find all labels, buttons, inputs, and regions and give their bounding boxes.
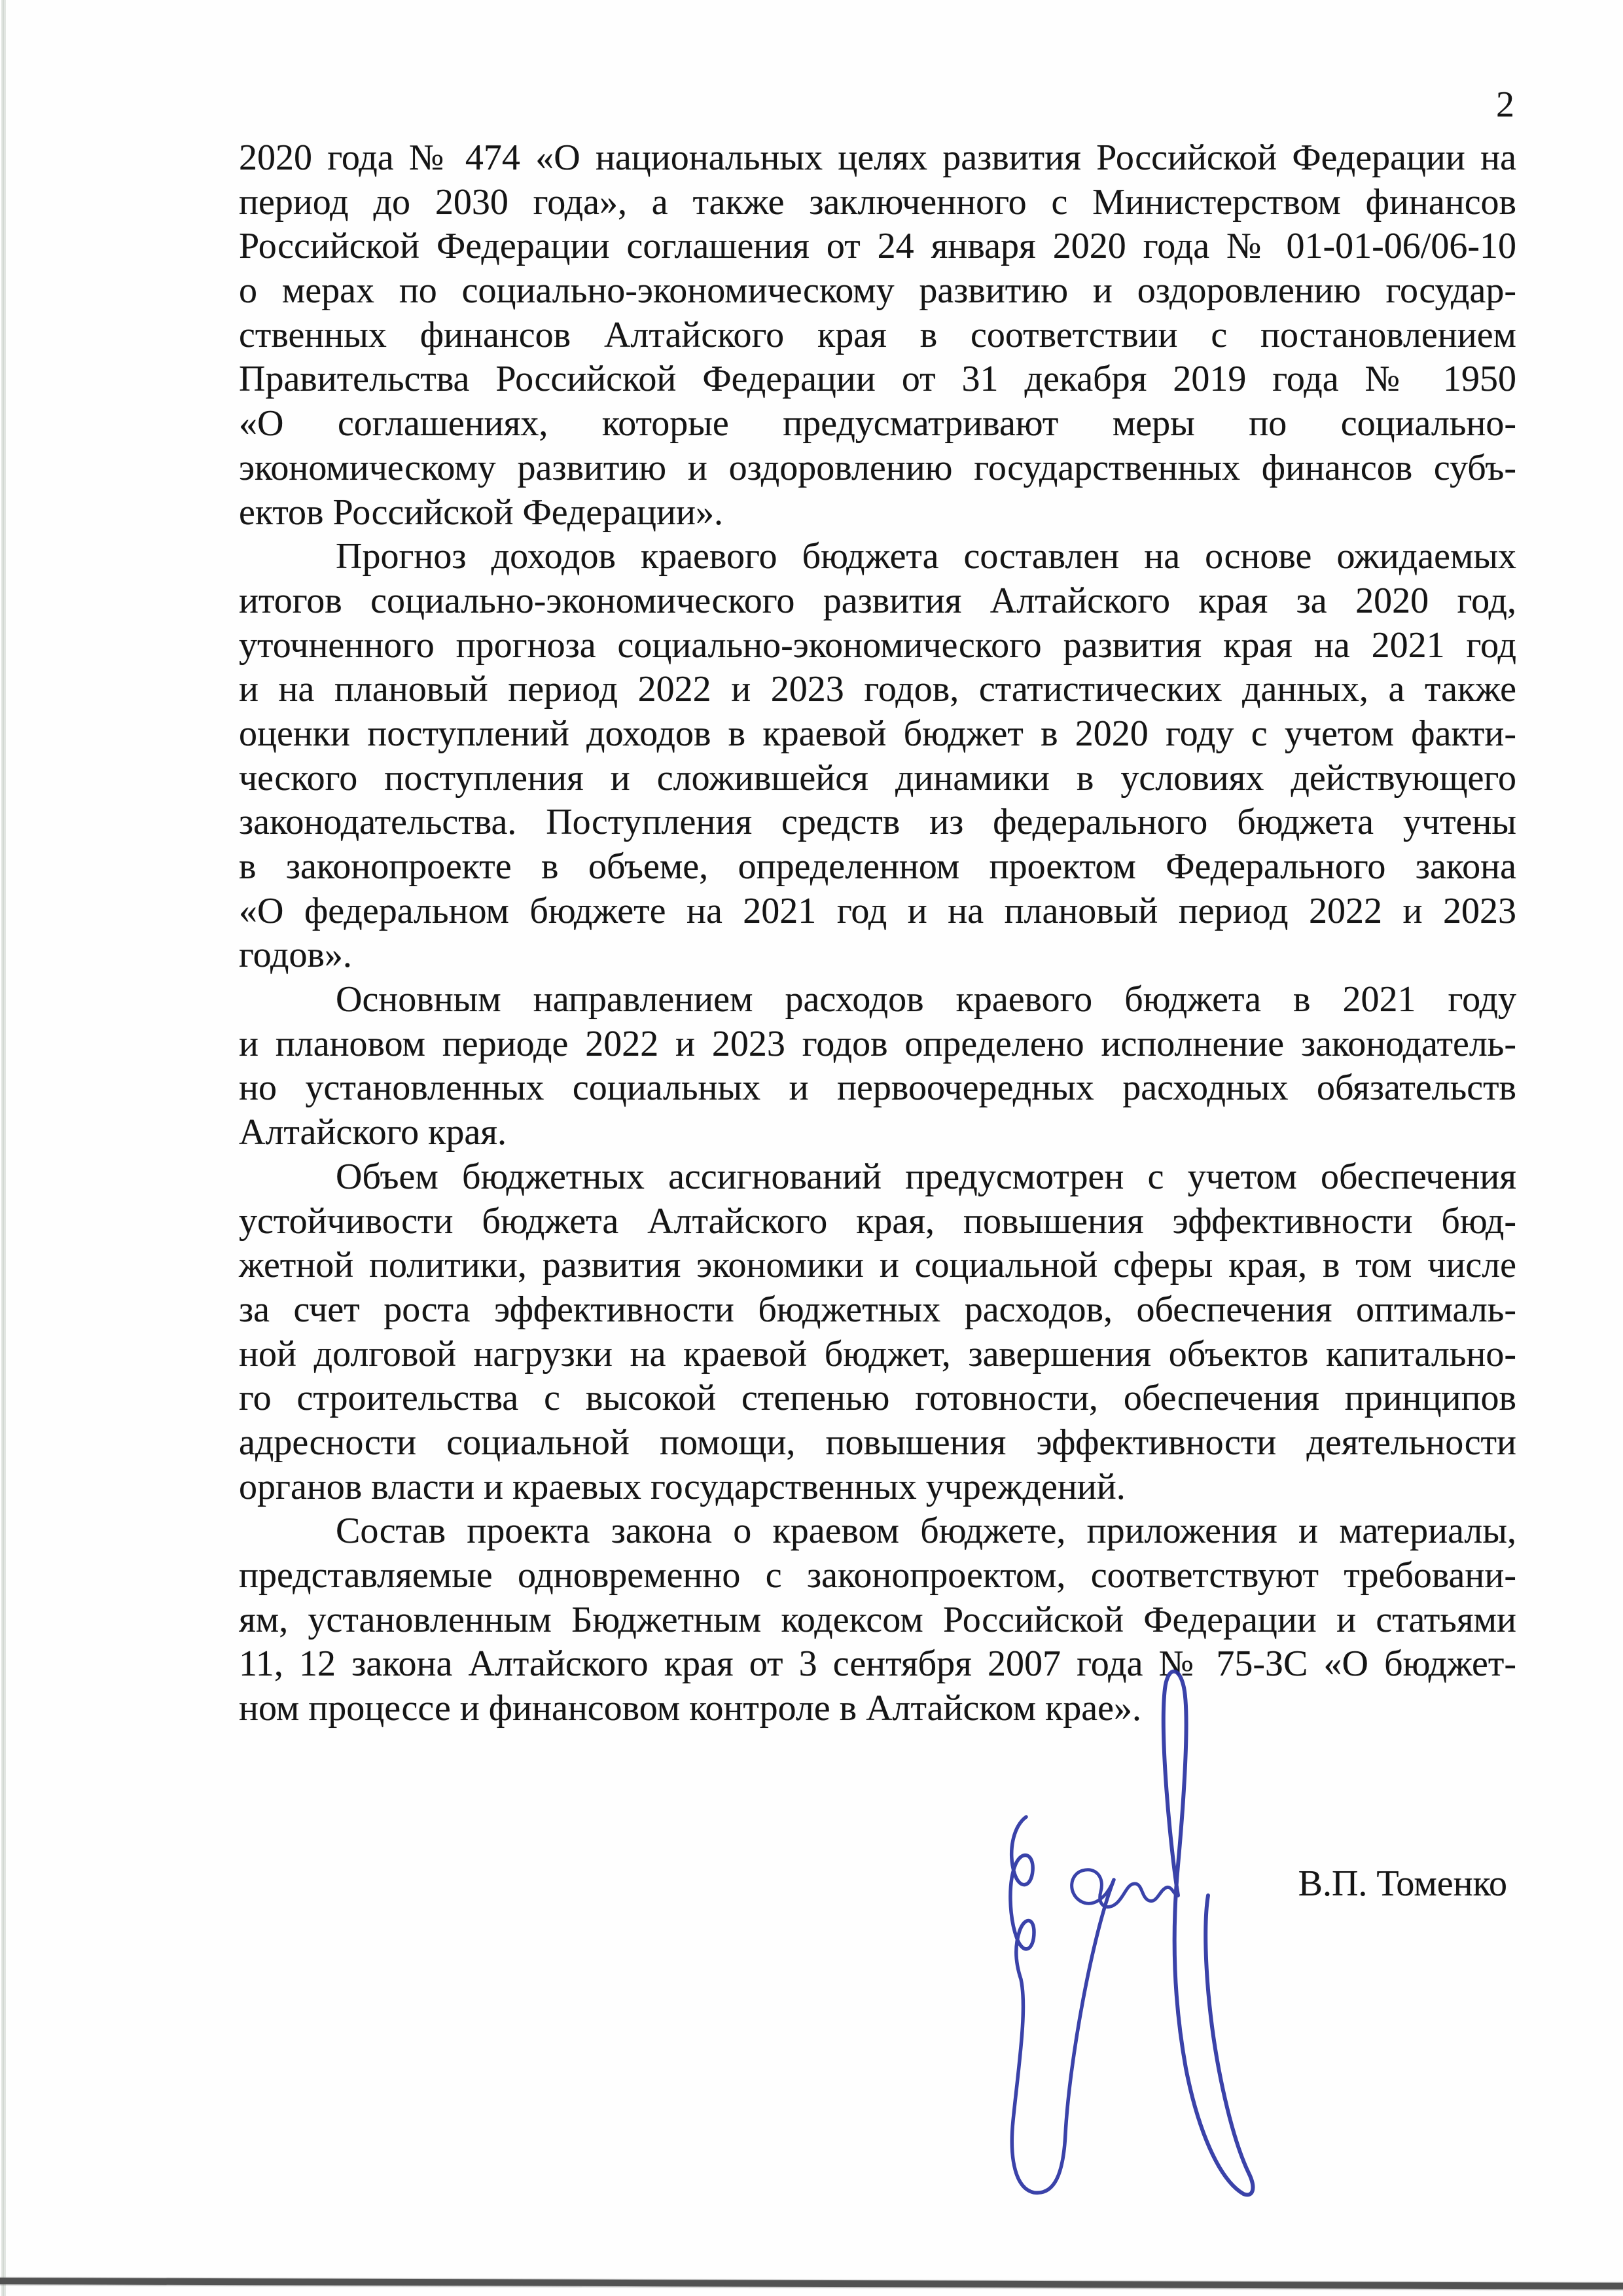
text-line: период до 2030 года», а также заключенно… xyxy=(239,181,1516,225)
page-number: 2 xyxy=(1496,85,1514,124)
text-line: и на плановый период 2022 и 2023 годов, … xyxy=(239,668,1516,712)
text-line: ном процессе и финансовом контроле в Алт… xyxy=(239,1687,1516,1731)
text-line: Алтайского края. xyxy=(239,1111,1516,1155)
signature-ink xyxy=(982,1649,1289,2238)
text-line: Прогноз доходов краевого бюджета составл… xyxy=(239,535,1516,579)
text-line: экономическому развитию и оздоровлению г… xyxy=(239,446,1516,491)
text-line: 2020 года № 474 «О национальных целях ра… xyxy=(239,136,1516,181)
text-line: Правительства Российской Федерации от 31… xyxy=(239,357,1516,402)
signature-tail-stroke xyxy=(1164,1672,1253,2195)
text-line: «О федеральном бюджете на 2021 год и на … xyxy=(239,889,1516,934)
text-line: уточненного прогноза социально-экономиче… xyxy=(239,624,1516,668)
text-line: ной долговой нагрузки на краевой бюджет,… xyxy=(239,1333,1516,1377)
text-line: ческого поступления и сложившейся динами… xyxy=(239,757,1516,801)
bottom-edge-scan-artifact xyxy=(0,2278,1623,2289)
text-line: итогов социально-экономического развития… xyxy=(239,579,1516,624)
text-line: но установленных социальных и первоочере… xyxy=(239,1066,1516,1111)
text-line: годов». xyxy=(239,933,1516,978)
text-line: Объем бюджетных ассигнований предусмотре… xyxy=(239,1155,1516,1200)
text-line: устойчивости бюджета Алтайского края, по… xyxy=(239,1200,1516,1244)
text-line: Состав проекта закона о краевом бюджете,… xyxy=(239,1509,1516,1554)
text-line: го строительства с высокой степенью гото… xyxy=(239,1376,1516,1421)
text-line: жетной политики, развития экономики и со… xyxy=(239,1244,1516,1288)
text-line: Основным направлением расходов краевого … xyxy=(239,978,1516,1022)
left-edge-scan-artifact xyxy=(1,0,6,2296)
text-line: ектов Российской Федерации». xyxy=(239,491,1516,535)
signatory-name: В.П. Томенко xyxy=(1298,1864,1507,1903)
text-line: законодательства. Поступления средств из… xyxy=(239,800,1516,845)
text-line: адресности социальной помощи, повышения … xyxy=(239,1421,1516,1465)
scanned-document-page: 2 2020 года № 474 «О национальных целях … xyxy=(0,0,1623,2296)
document-body: 2020 года № 474 «О национальных целях ра… xyxy=(239,136,1516,1731)
text-line: за счет роста эффективности бюджетных ра… xyxy=(239,1288,1516,1333)
signature-squiggle-stroke xyxy=(1072,1870,1178,1907)
text-line: в законопроекте в объеме, определенном п… xyxy=(239,845,1516,889)
text-line: ственных финансов Алтайского края в соот… xyxy=(239,314,1516,358)
text-line: 11, 12 закона Алтайского края от 3 сентя… xyxy=(239,1642,1516,1687)
text-line: и плановом периоде 2022 и 2023 годов опр… xyxy=(239,1022,1516,1067)
text-line: представляемые одновременно с законопрое… xyxy=(239,1554,1516,1598)
text-line: оценки поступлений доходов в краевой бюд… xyxy=(239,712,1516,757)
text-line: ям, установленным Бюджетным кодексом Рос… xyxy=(239,1598,1516,1643)
text-line: Российской Федерации соглашения от 24 ян… xyxy=(239,224,1516,269)
text-line: о мерах по социально-экономическому разв… xyxy=(239,269,1516,314)
signature-initial-stroke xyxy=(1010,1817,1114,2193)
text-line: «О соглашениях, которые предусматривают … xyxy=(239,402,1516,446)
text-line: органов власти и краевых государственных… xyxy=(239,1465,1516,1510)
